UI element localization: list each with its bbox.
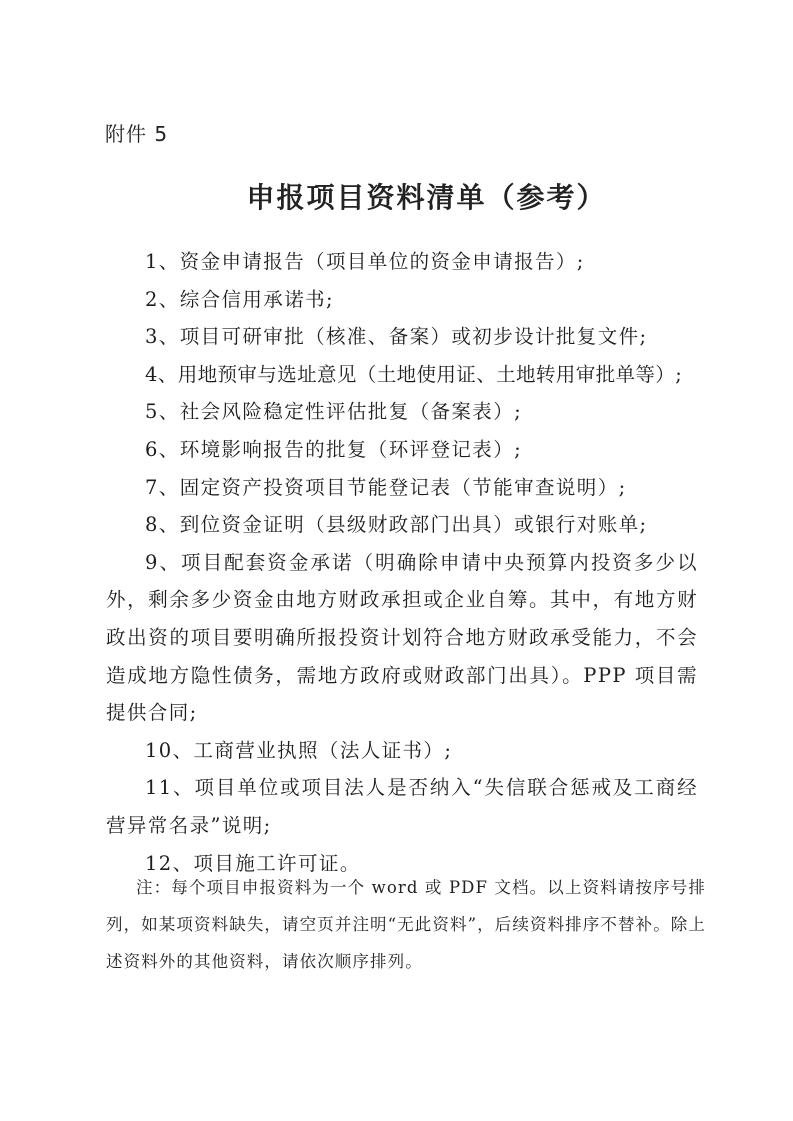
list-item: 4、用地预审与选址意见（土地使用证、土地转用审批单等）; [106,356,698,394]
document-title: 申报项目资料清单（参考） [0,176,793,216]
list-item: 11、项目单位或项目法人是否纳入“失信联合惩戒及工商经营异常名录”说明; [106,769,698,844]
list-item: 8、到位资金证明（县级财政部门出具）或银行对账单; [106,506,698,544]
attachment-label: 附件 5 [105,118,168,147]
list-item: 9、项目配套资金承诺（明确除申请中央预算内投资多少以外，剩余多少资金由地方财政承… [106,544,698,732]
list-item: 7、固定资产投资项目节能登记表（节能审查说明）; [106,469,698,507]
list-item: 10、工商营业执照（法人证书）; [106,732,698,770]
list-item: 2、综合信用承诺书; [106,281,698,319]
list-item: 6、环境影响报告的批复（环评登记表）; [106,431,698,469]
materials-list: 1、资金申请报告（项目单位的资金申请报告）; 2、综合信用承诺书; 3、项目可研… [106,243,698,882]
list-item: 1、资金申请报告（项目单位的资金申请报告）; [106,243,698,281]
list-item: 5、社会风险稳定性评估批复（备案表）; [106,393,698,431]
list-item: 3、项目可研审批（核准、备案）或初步设计批复文件; [106,318,698,356]
footnote: 注：每个项目申报资料为一个 word 或 PDF 文档。以上资料请按序号排列，如… [106,869,706,980]
